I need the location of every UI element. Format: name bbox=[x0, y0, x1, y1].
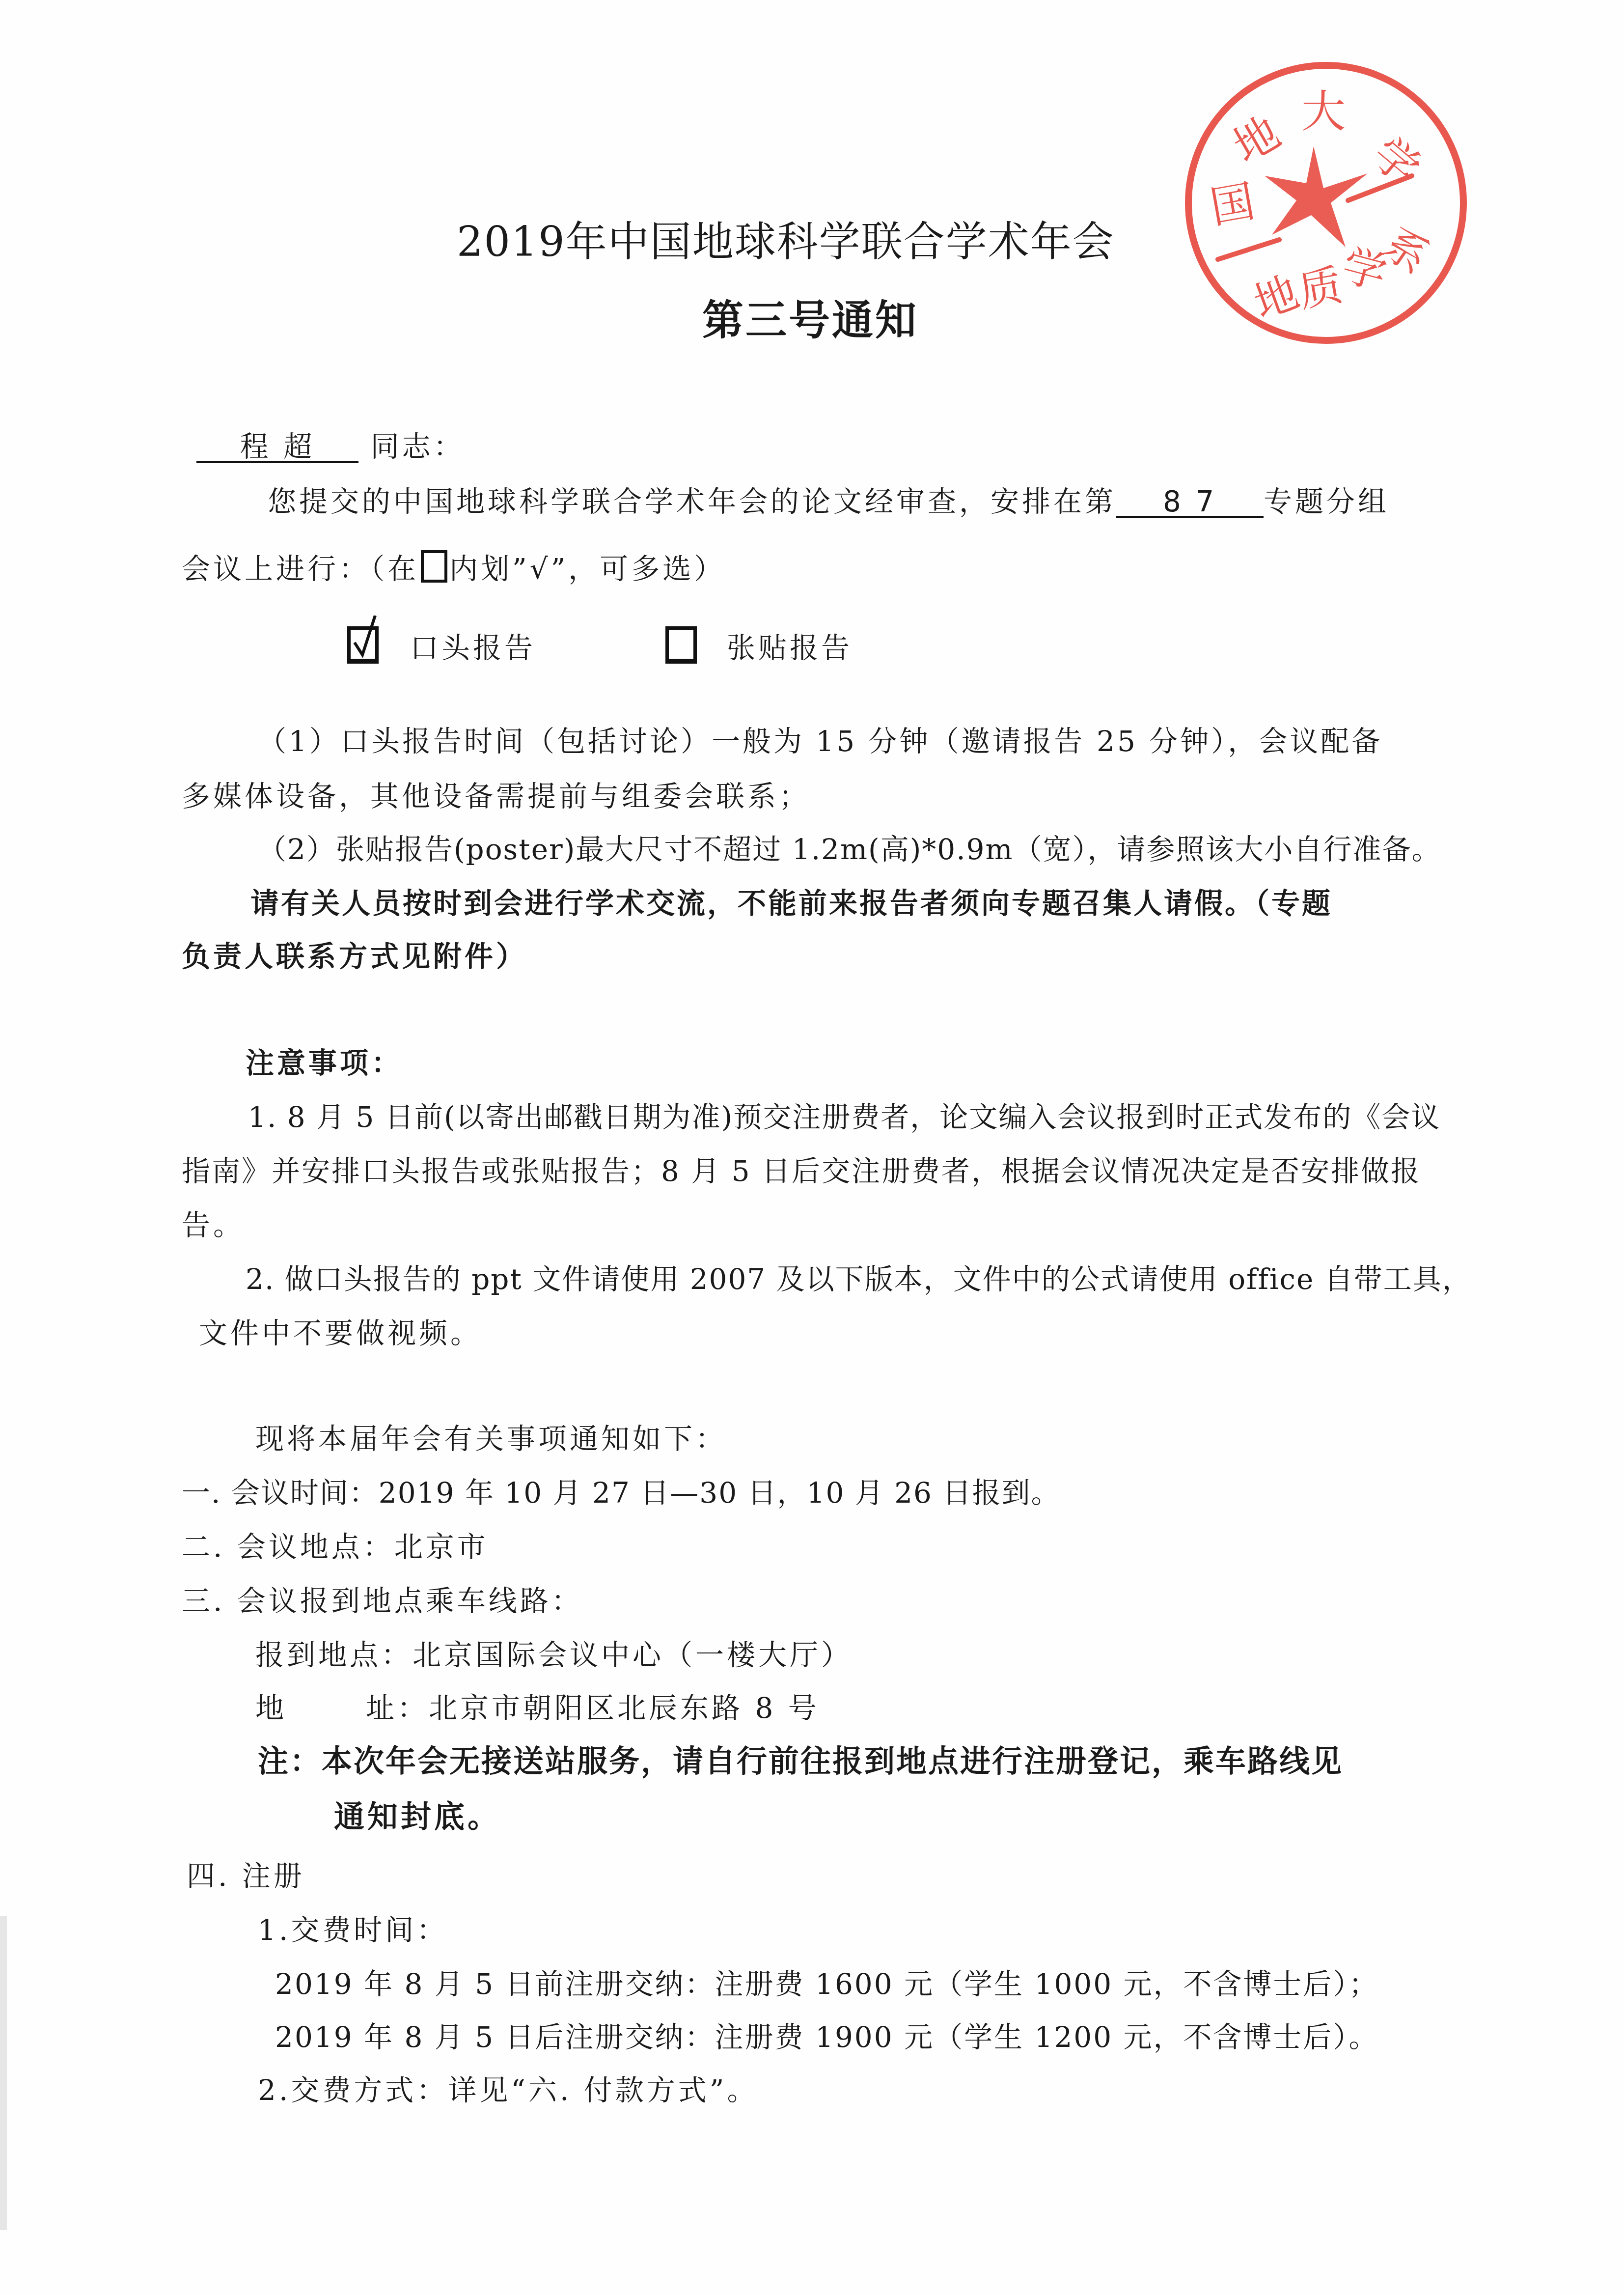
intro-line2-suffix: 内划”√”，可多选） bbox=[449, 552, 725, 586]
document-subtitle: 第三号通知 bbox=[702, 287, 918, 347]
note-1-line-2: 指南》并安排口头报告或张贴报告；8 月 5 日后交注册费者，根据会议情况决定是否… bbox=[182, 1157, 1421, 1185]
session-number-field: 8 7 bbox=[1116, 487, 1264, 518]
svg-text:大: 大 bbox=[1301, 86, 1346, 138]
fee-time-label: 1.交费时间： bbox=[258, 1916, 448, 1944]
inline-checkbox-icon bbox=[421, 550, 447, 583]
poster-rule-line: （2）张贴报告(poster)最大尺寸不超过 1.2m(高)*0.9m（宽），请… bbox=[258, 835, 1441, 864]
section-3-route: 三. 会议报到地点乘车线路： bbox=[182, 1587, 583, 1615]
note-2-line-1: 2. 做口头报告的 ppt 文件请使用 2007 及以下版本，文件中的公式请使用… bbox=[246, 1265, 1472, 1293]
poster-report-checkbox[interactable] bbox=[665, 626, 697, 664]
attendance-line-2: 负责人联系方式见附件） bbox=[182, 942, 527, 971]
address-label: 地 bbox=[255, 1694, 287, 1722]
note-1-line-1: 1. 8 月 5 日前(以寄出邮戳日期为准)预交注册费者，论文编入会议报到时正式… bbox=[248, 1103, 1440, 1131]
salutation-suffix: 同志： bbox=[370, 430, 465, 463]
oral-rule-line-2: 多媒体设备，其他设备需提前与组委会联系； bbox=[182, 782, 810, 811]
attendance-line-1: 请有关人员按时到会进行学术交流，不能前来报告者须向专题召集人请假。（专题 bbox=[250, 889, 1332, 918]
note-2-line-2: 文件中不要做视频。 bbox=[199, 1319, 482, 1347]
svg-text:地: 地 bbox=[1225, 107, 1289, 173]
section-2-meeting-place: 二. 会议地点：北京市 bbox=[182, 1533, 489, 1561]
svg-text:国: 国 bbox=[1206, 175, 1259, 234]
note-1-line-3: 告。 bbox=[182, 1211, 245, 1239]
section-1-meeting-time: 一. 会议时间：2019 年 10 月 27 日—30 日，10 月 26 日报… bbox=[182, 1479, 1060, 1507]
scan-edge-shadow bbox=[0, 1916, 7, 2230]
address-value: 址：北京市朝阳区北辰东路 8 号 bbox=[366, 1694, 820, 1722]
announcement-intro: 现将本届年会有关事项通知如下： bbox=[255, 1425, 727, 1453]
intro-line-1: 您提交的中国地球科学联合学术年会的论文经审查，安排在第8 7专题分组 bbox=[268, 487, 1389, 518]
official-seal-stamp: 国 地 大 学 地 质 学 系 bbox=[1181, 58, 1471, 348]
recipient-name-field: 程 超 bbox=[196, 432, 358, 463]
poster-report-label: 张贴报告 bbox=[727, 634, 853, 662]
intro-suffix: 专题分组 bbox=[1264, 485, 1389, 518]
oral-report-label: 口头报告 bbox=[410, 634, 536, 662]
section-4-registration: 四. 注册 bbox=[187, 1862, 305, 1890]
intro-line-2: 会议上进行：（在内划”√”，可多选） bbox=[182, 550, 725, 583]
intro-text: 您提交的中国地球科学联合学术年会的论文经审查，安排在第 bbox=[268, 485, 1116, 518]
fee-payment-method: 2.交费方式：详见“六. 付款方式”。 bbox=[258, 2076, 759, 2104]
check-mark-icon bbox=[352, 616, 381, 670]
fee-before-deadline: 2019 年 8 月 5 日前注册交纳：注册费 1600 元（学生 1000 元… bbox=[275, 1970, 1379, 1998]
oral-report-checkbox[interactable] bbox=[347, 626, 379, 664]
notes-heading: 注意事项： bbox=[246, 1049, 403, 1077]
transport-note-line-2: 通知封底。 bbox=[334, 1802, 501, 1832]
svg-text:学: 学 bbox=[1363, 127, 1430, 195]
checkin-place: 报到地点：北京国际会议中心（一楼大厅） bbox=[255, 1641, 853, 1669]
notice-page: 国 地 大 学 地 质 学 系 2019年中国地球科学联合学术年会 第三号通知 … bbox=[0, 0, 1624, 2295]
document-title: 2019年中国地球科学联合学术年会 bbox=[457, 209, 1115, 268]
intro-line2-prefix: 会议上进行：（在 bbox=[182, 552, 419, 586]
transport-note-line-1: 注：本次年会无接送站服务，请自行前往报到地点进行注册登记，乘车路线见 bbox=[258, 1746, 1343, 1777]
oral-rule-line-1: （1）口头报告时间（包括讨论）一般为 15 分钟（邀请报告 25 分钟），会议配… bbox=[258, 727, 1382, 756]
salutation: 程 超 同志： bbox=[196, 432, 465, 463]
fee-after-deadline: 2019 年 8 月 5 日后注册交纳：注册费 1900 元（学生 1200 元… bbox=[275, 2023, 1379, 2051]
